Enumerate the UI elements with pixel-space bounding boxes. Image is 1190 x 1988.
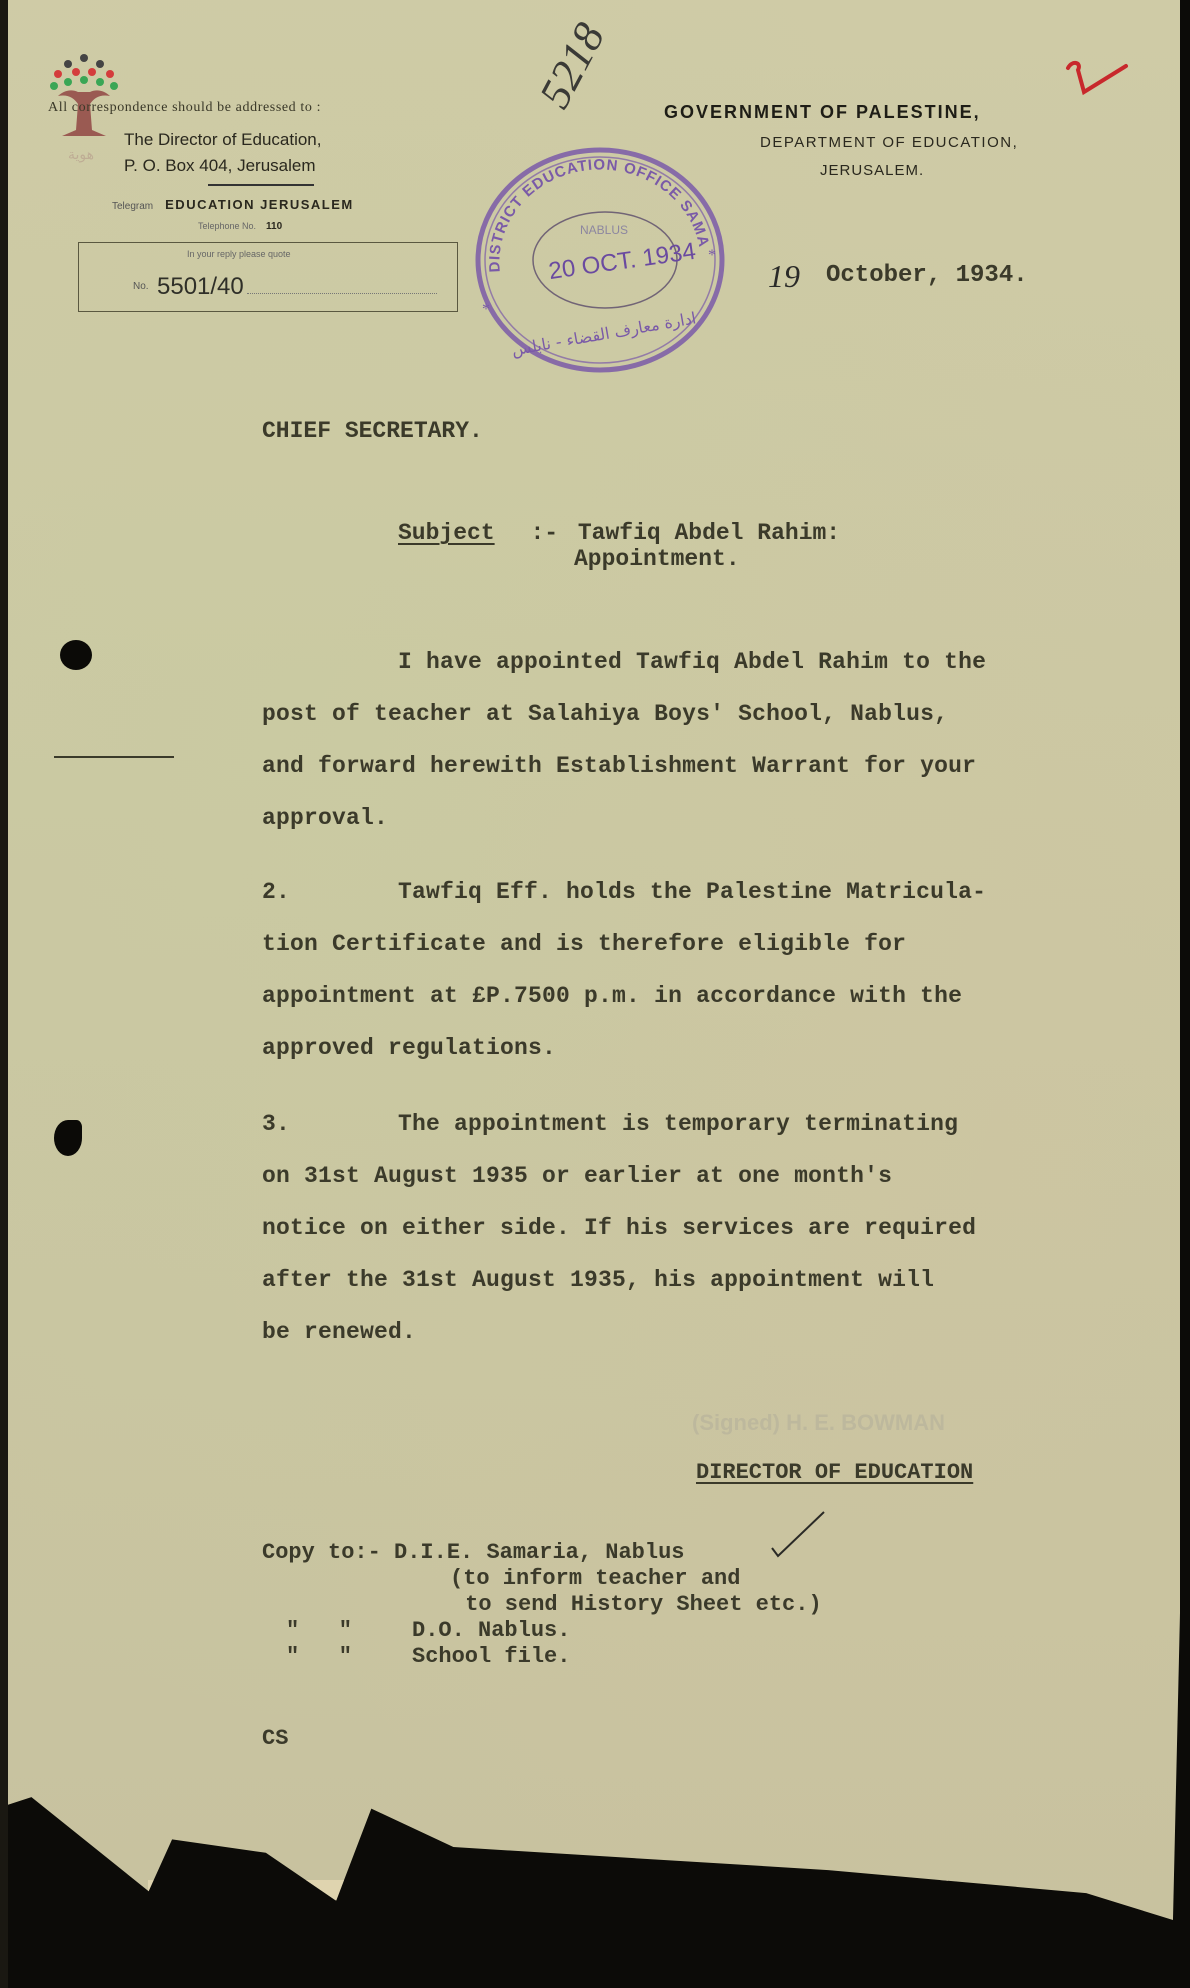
- paragraph-line: on 31st August 1935 or earlier at one mo…: [262, 1150, 976, 1202]
- po-box-line: P. O. Box 404, Jerusalem: [124, 156, 316, 176]
- archive-tree-logo-icon: [48, 52, 120, 144]
- letter-date: October, 1934.: [826, 262, 1028, 289]
- typist-initials: CS: [262, 1726, 288, 1751]
- telegram-label: Telegram: [112, 201, 153, 212]
- paragraph-line: Tawfiq Eff. holds the Palestine Matricul…: [398, 879, 986, 905]
- district-education-office-stamp: DISTRICT EDUCATION OFFICE SAMARIA NABLUS…: [470, 142, 730, 378]
- paragraph-line: notice on either side. If his services a…: [262, 1202, 976, 1254]
- ditto-marks: " ": [262, 1618, 412, 1644]
- copy-to-row: " "D.O. Nablus.: [262, 1618, 822, 1644]
- paragraph-line: I have appointed Tawfiq Abdel Rahim to t…: [262, 636, 986, 688]
- paragraph-line: and forward herewith Establishment Warra…: [262, 740, 986, 792]
- margin-fold-mark: [54, 756, 174, 758]
- letter-page: هوية All correspondence should be addres…: [8, 0, 1180, 1920]
- punch-hole: [54, 1120, 82, 1156]
- scan-left-edge: [0, 0, 8, 1988]
- correspondence-instruction: All correspondence should be addressed t…: [48, 100, 321, 116]
- red-check-mark-icon: [1062, 56, 1132, 102]
- handwritten-day: 19: [768, 258, 800, 295]
- paragraph-line: after the 31st August 1935, his appointm…: [262, 1254, 976, 1306]
- copy-to-row: " "School file.: [262, 1644, 822, 1670]
- government-title: GOVERNMENT OF PALESTINE,: [664, 102, 981, 123]
- paragraph-3: 3.The appointment is temporary terminati…: [262, 1098, 976, 1358]
- ref-dotted-line: [247, 293, 437, 294]
- subject-label: Subject: [398, 520, 495, 546]
- svg-text:*: *: [482, 301, 490, 318]
- reference-box: In your reply please quote No. 5501/40: [78, 242, 458, 312]
- torn-paper-fragment: [148, 1880, 948, 1900]
- paragraph-1: I have appointed Tawfiq Abdel Rahim to t…: [262, 636, 986, 844]
- telephone-label: Telephone No.: [198, 221, 256, 231]
- paragraph-number: 2.: [262, 866, 398, 918]
- telephone-number: 110: [266, 221, 282, 232]
- copy-note: (to inform teacher and: [262, 1566, 822, 1592]
- handwritten-file-number: 5218: [529, 15, 615, 117]
- punch-hole: [60, 640, 92, 670]
- reference-number: 5501/40: [157, 273, 244, 301]
- paragraph-line: The appointment is temporary terminating: [398, 1111, 958, 1137]
- paragraph-number: 3.: [262, 1098, 398, 1150]
- paragraph-line: post of teacher at Salahiya Boys' School…: [262, 688, 986, 740]
- paragraph-line: appointment at £P.7500 p.m. in accordanc…: [262, 970, 986, 1022]
- copy-note: to send History Sheet etc.): [262, 1592, 822, 1618]
- subject-separator: :-: [530, 520, 558, 546]
- divider-rule: [208, 184, 314, 186]
- svg-text:20 OCT. 1934: 20 OCT. 1934: [547, 238, 697, 285]
- telegram-address: EDUCATION JERUSALEM: [165, 197, 354, 212]
- addressee-line: The Director of Education,: [124, 130, 321, 150]
- archive-watermark-text: هوية: [68, 146, 94, 163]
- telegram-line: Telegram EDUCATION JERUSALEM: [112, 196, 354, 214]
- paragraph-line: be renewed.: [262, 1306, 976, 1358]
- torn-paper-fragment: [8, 1869, 68, 1951]
- svg-text:*: *: [708, 247, 716, 264]
- recipient: CHIEF SECRETARY.: [262, 418, 483, 444]
- signatory-title: DIRECTOR OF EDUCATION: [696, 1460, 973, 1485]
- paragraph-line: tion Certificate and is therefore eligib…: [262, 918, 986, 970]
- copy-to-block: Copy to:- D.I.E. Samaria, Nablus (to inf…: [262, 1540, 822, 1670]
- svg-text:NABLUS: NABLUS: [580, 223, 628, 237]
- faded-signed-stamp: (Signed) H. E. BOWMAN: [692, 1410, 945, 1436]
- subject-line-1: Tawfiq Abdel Rahim:: [578, 520, 840, 546]
- paragraph-2: 2.Tawfiq Eff. holds the Palestine Matric…: [262, 866, 986, 1074]
- city-title: JERUSALEM.: [820, 162, 924, 179]
- department-title: DEPARTMENT OF EDUCATION,: [760, 134, 1018, 151]
- copy-recipient: School file.: [412, 1644, 570, 1669]
- subject-block: Subject :- Tawfiq Abdel Rahim:: [398, 520, 840, 546]
- paragraph-line: approved regulations.: [262, 1022, 986, 1074]
- paragraph-line: approval.: [262, 792, 986, 844]
- reply-quote-label: In your reply please quote: [187, 249, 291, 259]
- ref-no-label: No.: [133, 281, 149, 292]
- copy-to-label: Copy to:-: [262, 1540, 381, 1565]
- subject-line-2: Appointment.: [574, 546, 740, 572]
- copy-recipient: D.O. Nablus.: [412, 1618, 570, 1643]
- handwritten-tick-icon: [768, 1510, 828, 1562]
- copy-recipient: D.I.E. Samaria, Nablus: [394, 1540, 684, 1565]
- telephone-line: Telephone No. 110: [198, 216, 282, 234]
- copy-to-row: Copy to:- D.I.E. Samaria, Nablus: [262, 1540, 822, 1566]
- ditto-marks: " ": [262, 1644, 412, 1670]
